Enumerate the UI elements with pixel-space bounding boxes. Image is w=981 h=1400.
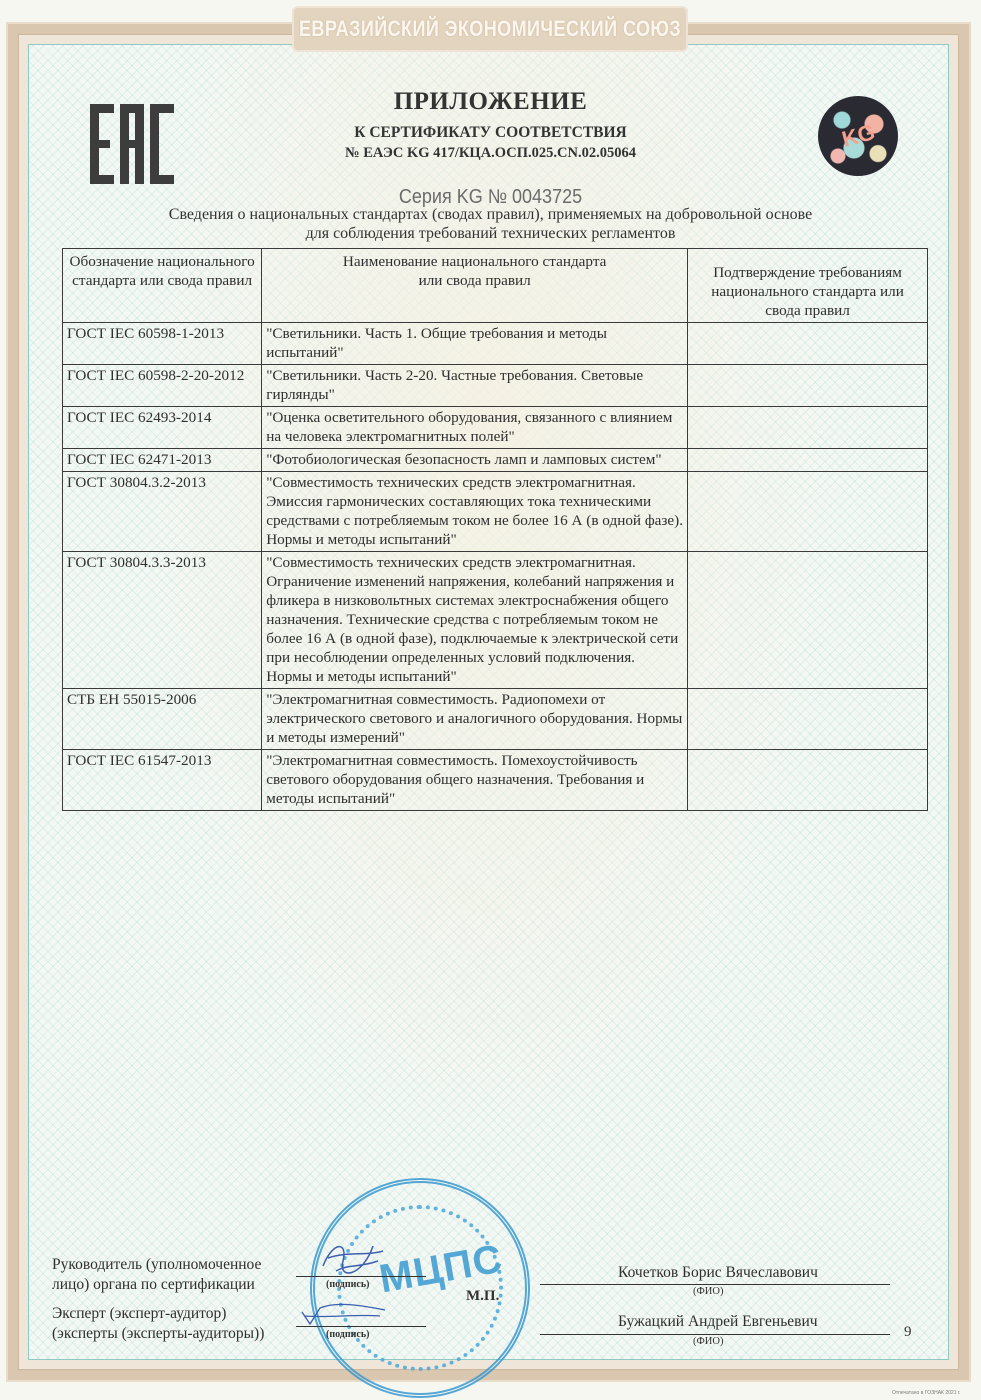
head-full-name: Кочетков Борис Вячеславович: [618, 1264, 818, 1282]
eac-letter-e: [90, 104, 114, 184]
standard-confirmation: [688, 472, 928, 552]
standards-table: Обозначение национального стандарта или …: [62, 248, 928, 811]
standard-name: "Совместимость технических средств элект…: [262, 472, 688, 552]
table-row: СТБ ЕН 55015-2006 "Электромагнитная совм…: [63, 689, 928, 750]
standard-name: "Светильники. Часть 2-20. Частные требов…: [262, 365, 688, 407]
standard-code: ГОСТ 30804.3.3-2013: [63, 552, 262, 689]
head-signature-scribble: [318, 1236, 388, 1281]
table-row: ГОСТ 30804.3.2-2013 "Совместимость техни…: [63, 472, 928, 552]
standard-confirmation: [688, 552, 928, 689]
expert-name-caption: (ФИО): [693, 1336, 723, 1347]
intro-text-line-2: для соблюдения требований технических ре…: [0, 225, 981, 243]
column-header-confirmation: Подтверждение требованиям национального …: [688, 249, 928, 323]
standard-code: ГОСТ IEC 60598-1-2013: [63, 323, 262, 365]
expert-full-name: Бужацкий Андрей Евгеньевич: [618, 1313, 818, 1331]
expert-signature-caption: (подпись): [326, 1329, 369, 1340]
standard-name: "Светильники. Часть 1. Общие требования …: [262, 323, 688, 365]
standard-code: ГОСТ IEC 60598-2-20-2012: [63, 365, 262, 407]
seal-label: М.П.: [466, 1288, 499, 1305]
standard-code: ГОСТ IEC 61547-2013: [63, 750, 262, 811]
eac-letter-a: [120, 104, 144, 184]
standard-code: ГОСТ IEC 62493-2014: [63, 407, 262, 449]
column-header-code: Обозначение национального стандарта или …: [63, 249, 262, 323]
standard-name: "Оценка осветительного оборудования, свя…: [262, 407, 688, 449]
union-banner: ЕВРАЗИЙСКИЙ ЭКОНОМИЧЕСКИЙ СОЮЗ: [292, 6, 688, 52]
head-name-caption: (ФИО): [693, 1286, 723, 1297]
standard-confirmation: [688, 407, 928, 449]
head-name-line: [540, 1284, 890, 1285]
certificate-page: ЕВРАЗИЙСКИЙ ЭКОНОМИЧЕСКИЙ СОЮЗ KG ПРИЛОЖ…: [0, 0, 981, 1400]
table-row: ГОСТ IEC 62471-2013 "Фотобиологическая б…: [63, 449, 928, 472]
page-number: 9: [904, 1324, 912, 1341]
standard-confirmation: [688, 365, 928, 407]
expert-signature-scribble: [300, 1300, 390, 1330]
standard-confirmation: [688, 449, 928, 472]
standard-confirmation: [688, 689, 928, 750]
standard-name: "Электромагнитная совместимость. Помехоу…: [262, 750, 688, 811]
standard-name: "Совместимость технических средств элект…: [262, 552, 688, 689]
page-subtitle: К СЕРТИФИКАТУ СООТВЕТСТВИЯ: [0, 124, 981, 142]
standard-code: СТБ ЕН 55015-2006: [63, 689, 262, 750]
table-header-row: Обозначение национального стандарта или …: [63, 249, 928, 323]
eac-letter-c: [150, 104, 174, 184]
intro-text-line-1: Сведения о национальных стандартах (свод…: [0, 206, 981, 224]
table-row: ГОСТ IEC 60598-1-2013 "Светильники. Част…: [63, 323, 928, 365]
table-row: ГОСТ IEC 61547-2013 "Электромагнитная со…: [63, 750, 928, 811]
expert-name-line: [540, 1334, 890, 1335]
table-row: ГОСТ IEC 60598-2-20-2012 "Светильники. Ч…: [63, 365, 928, 407]
standard-confirmation: [688, 750, 928, 811]
page-title: ПРИЛОЖЕНИЕ: [0, 88, 981, 116]
standard-confirmation: [688, 323, 928, 365]
standard-name: "Электромагнитная совместимость. Радиопо…: [262, 689, 688, 750]
eac-mark-icon: [90, 104, 180, 184]
printer-note: Отпечатано в ГОЗНАК 2021 г.: [892, 1390, 960, 1396]
column-header-name: Наименование национального стандарта или…: [262, 249, 688, 323]
standard-code: ГОСТ 30804.3.2-2013: [63, 472, 262, 552]
expert-role-label: Эксперт (эксперт-аудитор) (эксперты (экс…: [52, 1304, 292, 1344]
certificate-number: № ЕАЭС KG 417/КЦА.ОСП.025.CN.02.05064: [0, 145, 981, 162]
table-row: ГОСТ 30804.3.3-2013 "Совместимость техни…: [63, 552, 928, 689]
table-row: ГОСТ IEC 62493-2014 "Оценка осветительно…: [63, 407, 928, 449]
head-role-label: Руководитель (уполномоченное лицо) орган…: [52, 1255, 272, 1295]
standard-name: "Фотобиологическая безопасность ламп и л…: [262, 449, 688, 472]
banner-text: ЕВРАЗИЙСКИЙ ЭКОНОМИЧЕСКИЙ СОЮЗ: [299, 16, 681, 42]
standard-code: ГОСТ IEC 62471-2013: [63, 449, 262, 472]
